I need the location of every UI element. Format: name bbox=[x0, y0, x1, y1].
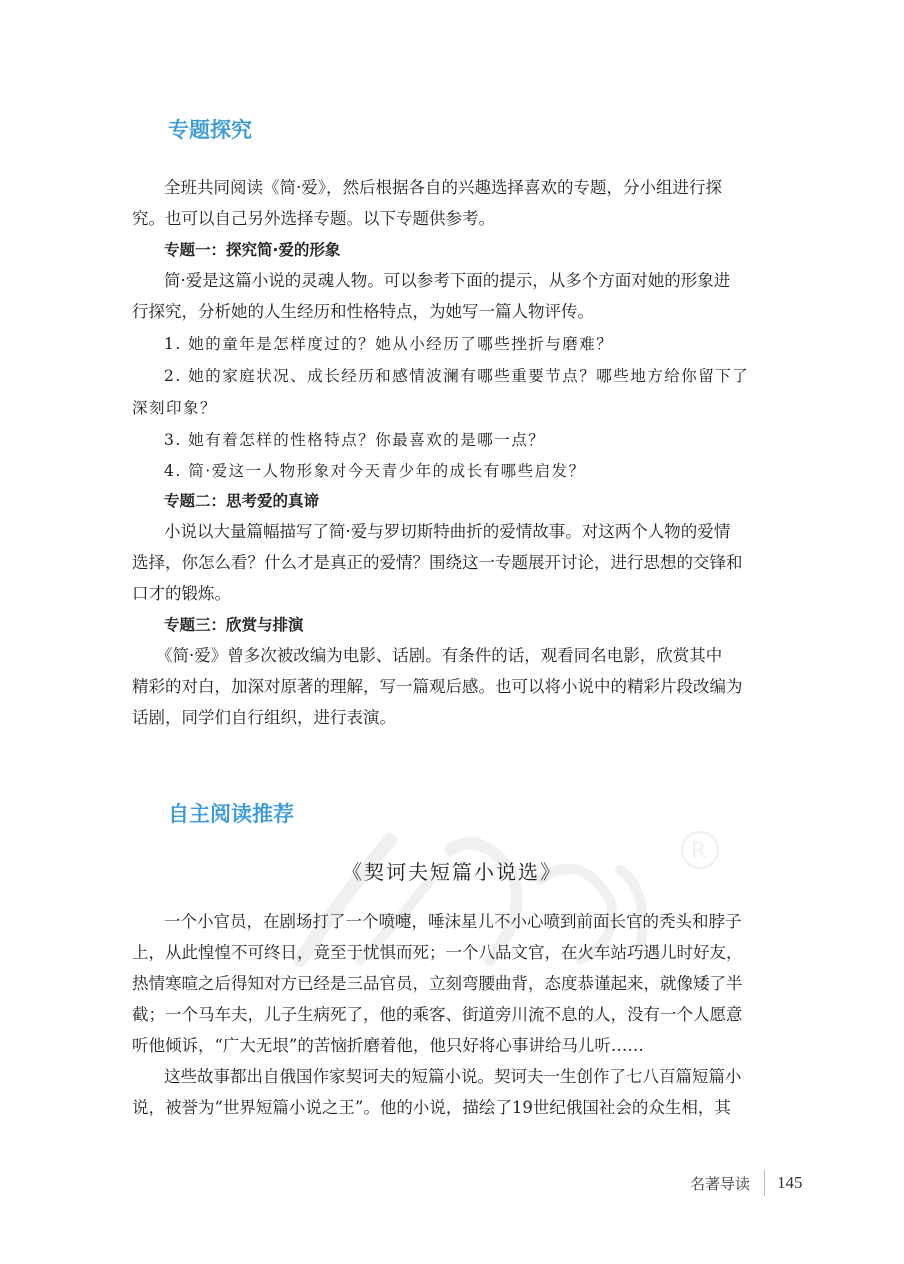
paragraph-2-line-1: 这些故事都出自俄国作家契诃夫的短篇小说。契诃夫一生创作了七八百篇短篇小 bbox=[164, 1067, 742, 1087]
page-footer: 名著导读 145 bbox=[690, 1170, 803, 1196]
intro-line-1: 全班共同阅读《简·爱》，然后根据各自的兴趣选择喜欢的专题，分小组进行探 bbox=[164, 178, 722, 198]
topic-1-question-1: 1. 她的童年是怎样度过的？她从小经历了哪些挫折与磨难？ bbox=[164, 334, 613, 354]
topic-2-body-line-2: 选择，你怎么看？什么才是真正的爱情？围绕这一专题展开讨论，进行思想的交锋和 bbox=[132, 553, 743, 573]
topic-1-body-line-1: 简·爱是这篇小说的灵魂人物。可以参考下面的提示，从多个方面对她的形象进 bbox=[164, 271, 730, 291]
topic-3-body-line-3: 话剧，同学们自行组织，进行表演。 bbox=[132, 708, 396, 728]
section-heading-topic-inquiry: 专题探究 bbox=[168, 114, 252, 144]
topic-1-question-2: 2. 她的家庭状况、成长经历和感情波澜有哪些重要节点？哪些地方给你留下了 bbox=[164, 366, 749, 386]
paragraph-1-line-2: 上，从此惶惶不可终日，竟至于忧惧而死；一个八品文官，在火车站巧遇儿时好友， bbox=[132, 943, 743, 963]
recommended-book-title: 《契诃夫短篇小说选》 bbox=[0, 856, 904, 885]
topic-3-body-line-1: 《简·爱》曾多次被改编为电影、话剧。有条件的话，观看同名电影，欣赏其中 bbox=[156, 646, 722, 666]
paragraph-1-line-5: 听他倾诉，“广大无垠”的苦恼折磨着他，他只好将心事讲给马儿听…… bbox=[132, 1036, 644, 1056]
paragraph-1-line-3: 热情寒暄之后得知对方已经是三品官员，立刻弯腰曲背，态度恭谨起来，就像矮了半 bbox=[132, 974, 743, 994]
section-heading-reading-recommendation: 自主阅读推荐 bbox=[168, 798, 294, 828]
footer-divider bbox=[764, 1170, 765, 1196]
paragraph-2-line-2: 说，被誉为“世界短篇小说之王”。他的小说，描绘了19世纪俄国社会的众生相，其 bbox=[132, 1098, 731, 1118]
page-number: 145 bbox=[777, 1173, 803, 1193]
topic-2-body-line-3: 口才的锻炼。 bbox=[132, 584, 231, 604]
footer-book-name: 名著导读 bbox=[690, 1173, 750, 1194]
topic-1-body-line-2: 行探究，分析她的人生经历和性格特点，为她写一篇人物评传。 bbox=[132, 302, 594, 322]
paragraph-1-line-4: 截；一个马车夫，儿子生病死了，他的乘客、街道旁川流不息的人，没有一个人愿意 bbox=[132, 1005, 743, 1025]
topic-1-question-4: 4. 简·爱这一人物形象对今天青少年的成长有哪些启发？ bbox=[164, 461, 586, 481]
topic-1-question-3: 3. 她有着怎样的性格特点？你最喜欢的是哪一点？ bbox=[164, 430, 545, 450]
topic-3-body-line-2: 精彩的对白，加深对原著的理解，写一篇观后感。也可以将小说中的精彩片段改编为 bbox=[132, 677, 743, 697]
topic-2-title: 专题二：思考爱的真谛 bbox=[164, 491, 319, 511]
topic-1-title: 专题一：探究简·爱的形象 bbox=[164, 240, 340, 260]
intro-line-2: 究。也可以自己另外选择专题。以下专题供参考。 bbox=[132, 209, 495, 229]
topic-1-question-2-cont: 深刻印象？ bbox=[132, 398, 217, 418]
textbook-page: R 专题探究 全班共同阅读《简·爱》，然后根据各自的兴趣选择喜欢的专题，分小组进… bbox=[0, 0, 904, 1264]
paragraph-1-line-1: 一个小官员，在剧场打了一个喷嚏，唾沫星儿不小心喷到前面长官的秃头和脖子 bbox=[164, 912, 742, 932]
topic-2-body-line-1: 小说以大量篇幅描写了简·爱与罗切斯特曲折的爱情故事。对这两个人物的爱情 bbox=[164, 522, 730, 542]
topic-3-title: 专题三：欣赏与排演 bbox=[164, 615, 304, 635]
